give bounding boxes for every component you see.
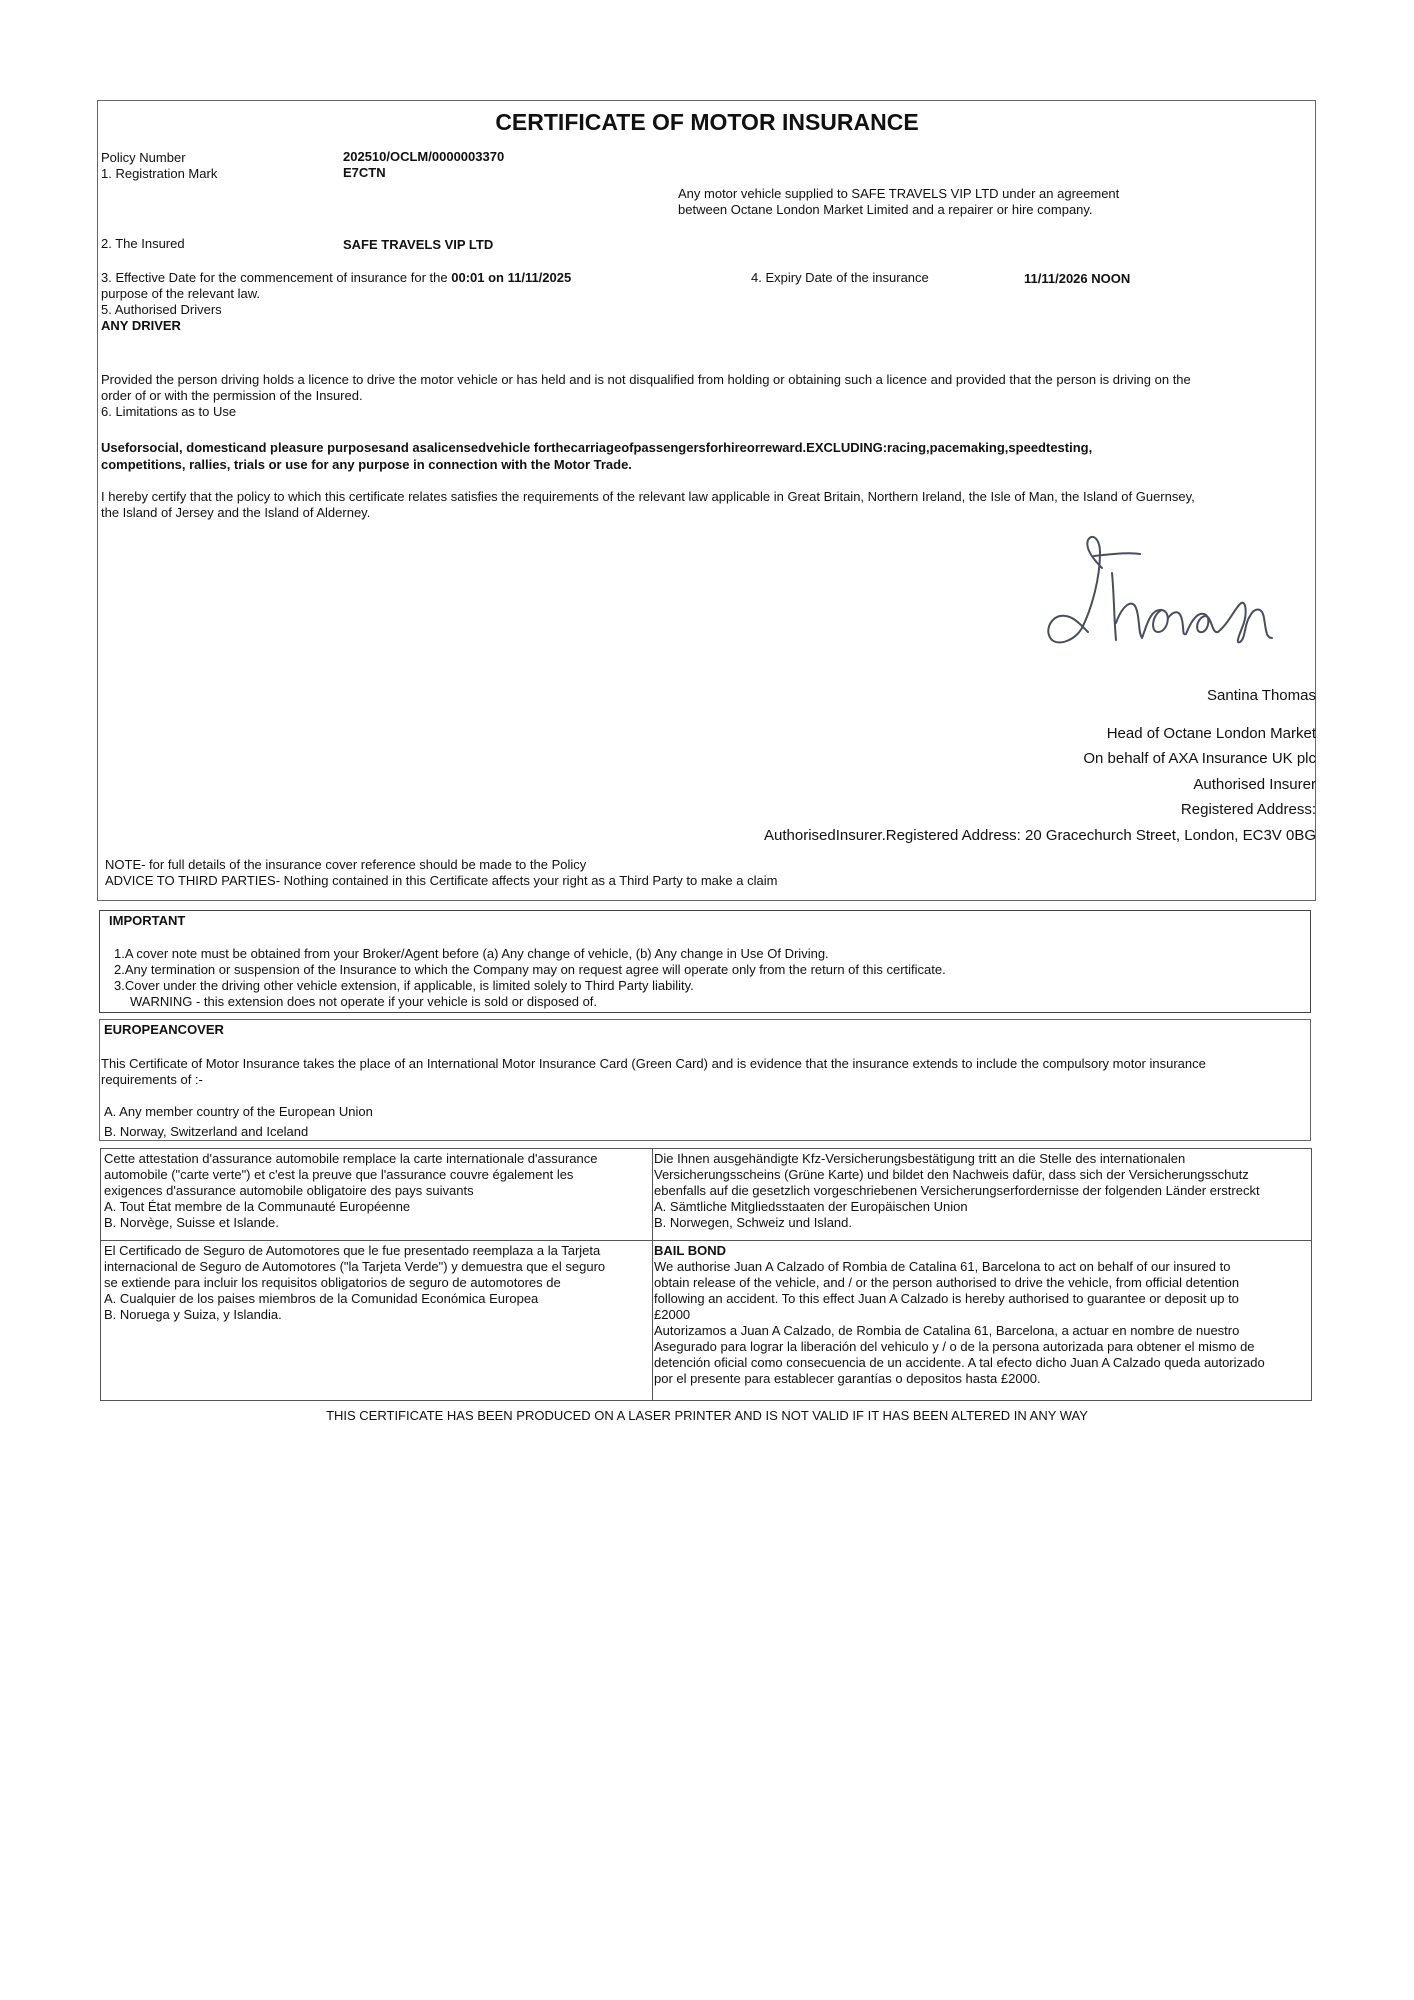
spanish-translation: El Certificado de Seguro de Automotores … <box>104 1243 605 1323</box>
european-cover-heading: EUROPEANCOVER <box>104 1022 224 1038</box>
signatory-status: Authorised Insurer <box>1193 776 1316 794</box>
french-line: A. Tout État membre de la Communauté Eur… <box>104 1199 597 1215</box>
table-row-divider <box>100 1240 1312 1241</box>
german-line: Versicherungsscheins (Grüne Karte) und b… <box>654 1167 1260 1183</box>
important-warning: WARNING - this extension does not operat… <box>130 994 597 1010</box>
certify-line-1: I hereby certify that the policy to whic… <box>101 489 1195 505</box>
policy-number-value: 202510/OCLM/0000003370 <box>343 149 504 165</box>
french-line: Cette attestation d'assurance automobile… <box>104 1151 597 1167</box>
european-cover-item-a: A. Any member country of the European Un… <box>104 1104 373 1120</box>
vehicle-note-line-1: Any motor vehicle supplied to SAFE TRAVE… <box>678 186 1119 202</box>
important-item-2: 2.Any termination or suspension of the I… <box>114 962 946 978</box>
important-heading: IMPORTANT <box>109 913 185 929</box>
policy-number-label: Policy Number <box>101 150 186 166</box>
german-line: ebenfalls auf die gesetzlich vorgeschrie… <box>654 1183 1260 1199</box>
important-item-3: 3.Cover under the driving other vehicle … <box>114 978 694 994</box>
expiry-date-value: 11/11/2026 NOON <box>1024 271 1130 287</box>
effective-date-label: 3. Effective Date for the commencement o… <box>101 270 571 286</box>
registration-label: 1. Registration Mark <box>101 166 217 182</box>
insured-value: SAFE TRAVELS VIP LTD <box>343 237 493 253</box>
effective-date-label-cont: purpose of the relevant law. <box>101 286 260 302</box>
expiry-date-label: 4. Expiry Date of the insurance <box>751 270 929 286</box>
german-line: Die Ihnen ausgehändigte Kfz-Versicherung… <box>654 1151 1260 1167</box>
authorised-drivers-label: 5. Authorised Drivers <box>101 302 222 318</box>
european-cover-intro-1: This Certificate of Motor Insurance take… <box>101 1056 1206 1072</box>
signatory-behalf: On behalf of AXA Insurance UK plc <box>1083 750 1316 768</box>
limitations-line-2: competitions, rallies, trials or use for… <box>101 457 632 473</box>
signatory-address: AuthorisedInsurer.Registered Address: 20… <box>764 827 1316 845</box>
bail-bond-heading: BAIL BOND <box>654 1243 1265 1259</box>
insured-label: 2. The Insured <box>101 236 185 252</box>
bail-bond-line: We authorise Juan A Calzado of Rombia de… <box>654 1259 1265 1275</box>
signatory-name: Santina Thomas <box>1207 687 1316 705</box>
bail-bond: BAIL BOND We authorise Juan A Calzado of… <box>654 1243 1265 1387</box>
limitations-line-1: Useforsocial, domesticand pleasure purpo… <box>101 440 1092 456</box>
bail-bond-line: Asegurado para lograr la liberación del … <box>654 1339 1265 1355</box>
german-line: A. Sämtliche Mitgliedsstaaten der Europä… <box>654 1199 1260 1215</box>
bail-bond-line: Autorizamos a Juan A Calzado, de Rombia … <box>654 1323 1265 1339</box>
european-cover-intro-2: requirements of :- <box>101 1072 203 1088</box>
signatory-role: Head of Octane London Market <box>1107 725 1316 743</box>
licence-line-1: Provided the person driving holds a lice… <box>101 372 1191 388</box>
certify-line-2: the Island of Jersey and the Island of A… <box>101 505 370 521</box>
bail-bond-line: £2000 <box>654 1307 1265 1323</box>
signatory-address-label: Registered Address: <box>1181 801 1316 819</box>
certificate-title: CERTIFICATE OF MOTOR INSURANCE <box>0 108 1414 136</box>
bail-bond-line: following an accident. To this effect Ju… <box>654 1291 1265 1307</box>
limitations-label: 6. Limitations as to Use <box>101 404 236 420</box>
bail-bond-line: obtain release of the vehicle, and / or … <box>654 1275 1265 1291</box>
signature-image <box>1040 528 1320 658</box>
german-line: B. Norwegen, Schweiz und Island. <box>654 1215 1260 1231</box>
french-line: automobile ("carte verte") et c'est la p… <box>104 1167 597 1183</box>
policy-note: NOTE- for full details of the insurance … <box>105 857 586 873</box>
bail-bond-line: por el presente para establecer garantía… <box>654 1371 1265 1387</box>
validity-footer: THIS CERTIFICATE HAS BEEN PRODUCED ON A … <box>0 1408 1414 1424</box>
important-item-1: 1.A cover note must be obtained from you… <box>114 946 829 962</box>
french-line: B. Norvège, Suisse et Islande. <box>104 1215 597 1231</box>
spanish-line: El Certificado de Seguro de Automotores … <box>104 1243 605 1259</box>
vehicle-note-line-2: between Octane London Market Limited and… <box>678 202 1093 218</box>
authorised-drivers-value: ANY DRIVER <box>101 318 181 334</box>
table-column-divider <box>652 1148 653 1401</box>
spanish-line: A. Cualquier de los paises miembros de l… <box>104 1291 605 1307</box>
spanish-line: B. Noruega y Suiza, y Islandia. <box>104 1307 605 1323</box>
effective-date-text: 3. Effective Date for the commencement o… <box>101 270 448 285</box>
european-cover-section <box>99 1019 1311 1141</box>
french-translation: Cette attestation d'assurance automobile… <box>104 1151 597 1231</box>
effective-date-value: 00:01 on 11/11/2025 <box>451 270 571 285</box>
german-translation: Die Ihnen ausgehändigte Kfz-Versicherung… <box>654 1151 1260 1231</box>
european-cover-item-b: B. Norway, Switzerland and Iceland <box>104 1124 308 1140</box>
registration-value: E7CTN <box>343 165 386 181</box>
licence-line-2: order of or with the permission of the I… <box>101 388 363 404</box>
third-party-advice: ADVICE TO THIRD PARTIES- Nothing contain… <box>105 873 777 889</box>
spanish-line: se extiende para incluir los requisitos … <box>104 1275 605 1291</box>
spanish-line: internacional de Seguro de Automotores (… <box>104 1259 605 1275</box>
french-line: exigences d'assurance automobile obligat… <box>104 1183 597 1199</box>
bail-bond-line: detención oficial como consecuencia de u… <box>654 1355 1265 1371</box>
